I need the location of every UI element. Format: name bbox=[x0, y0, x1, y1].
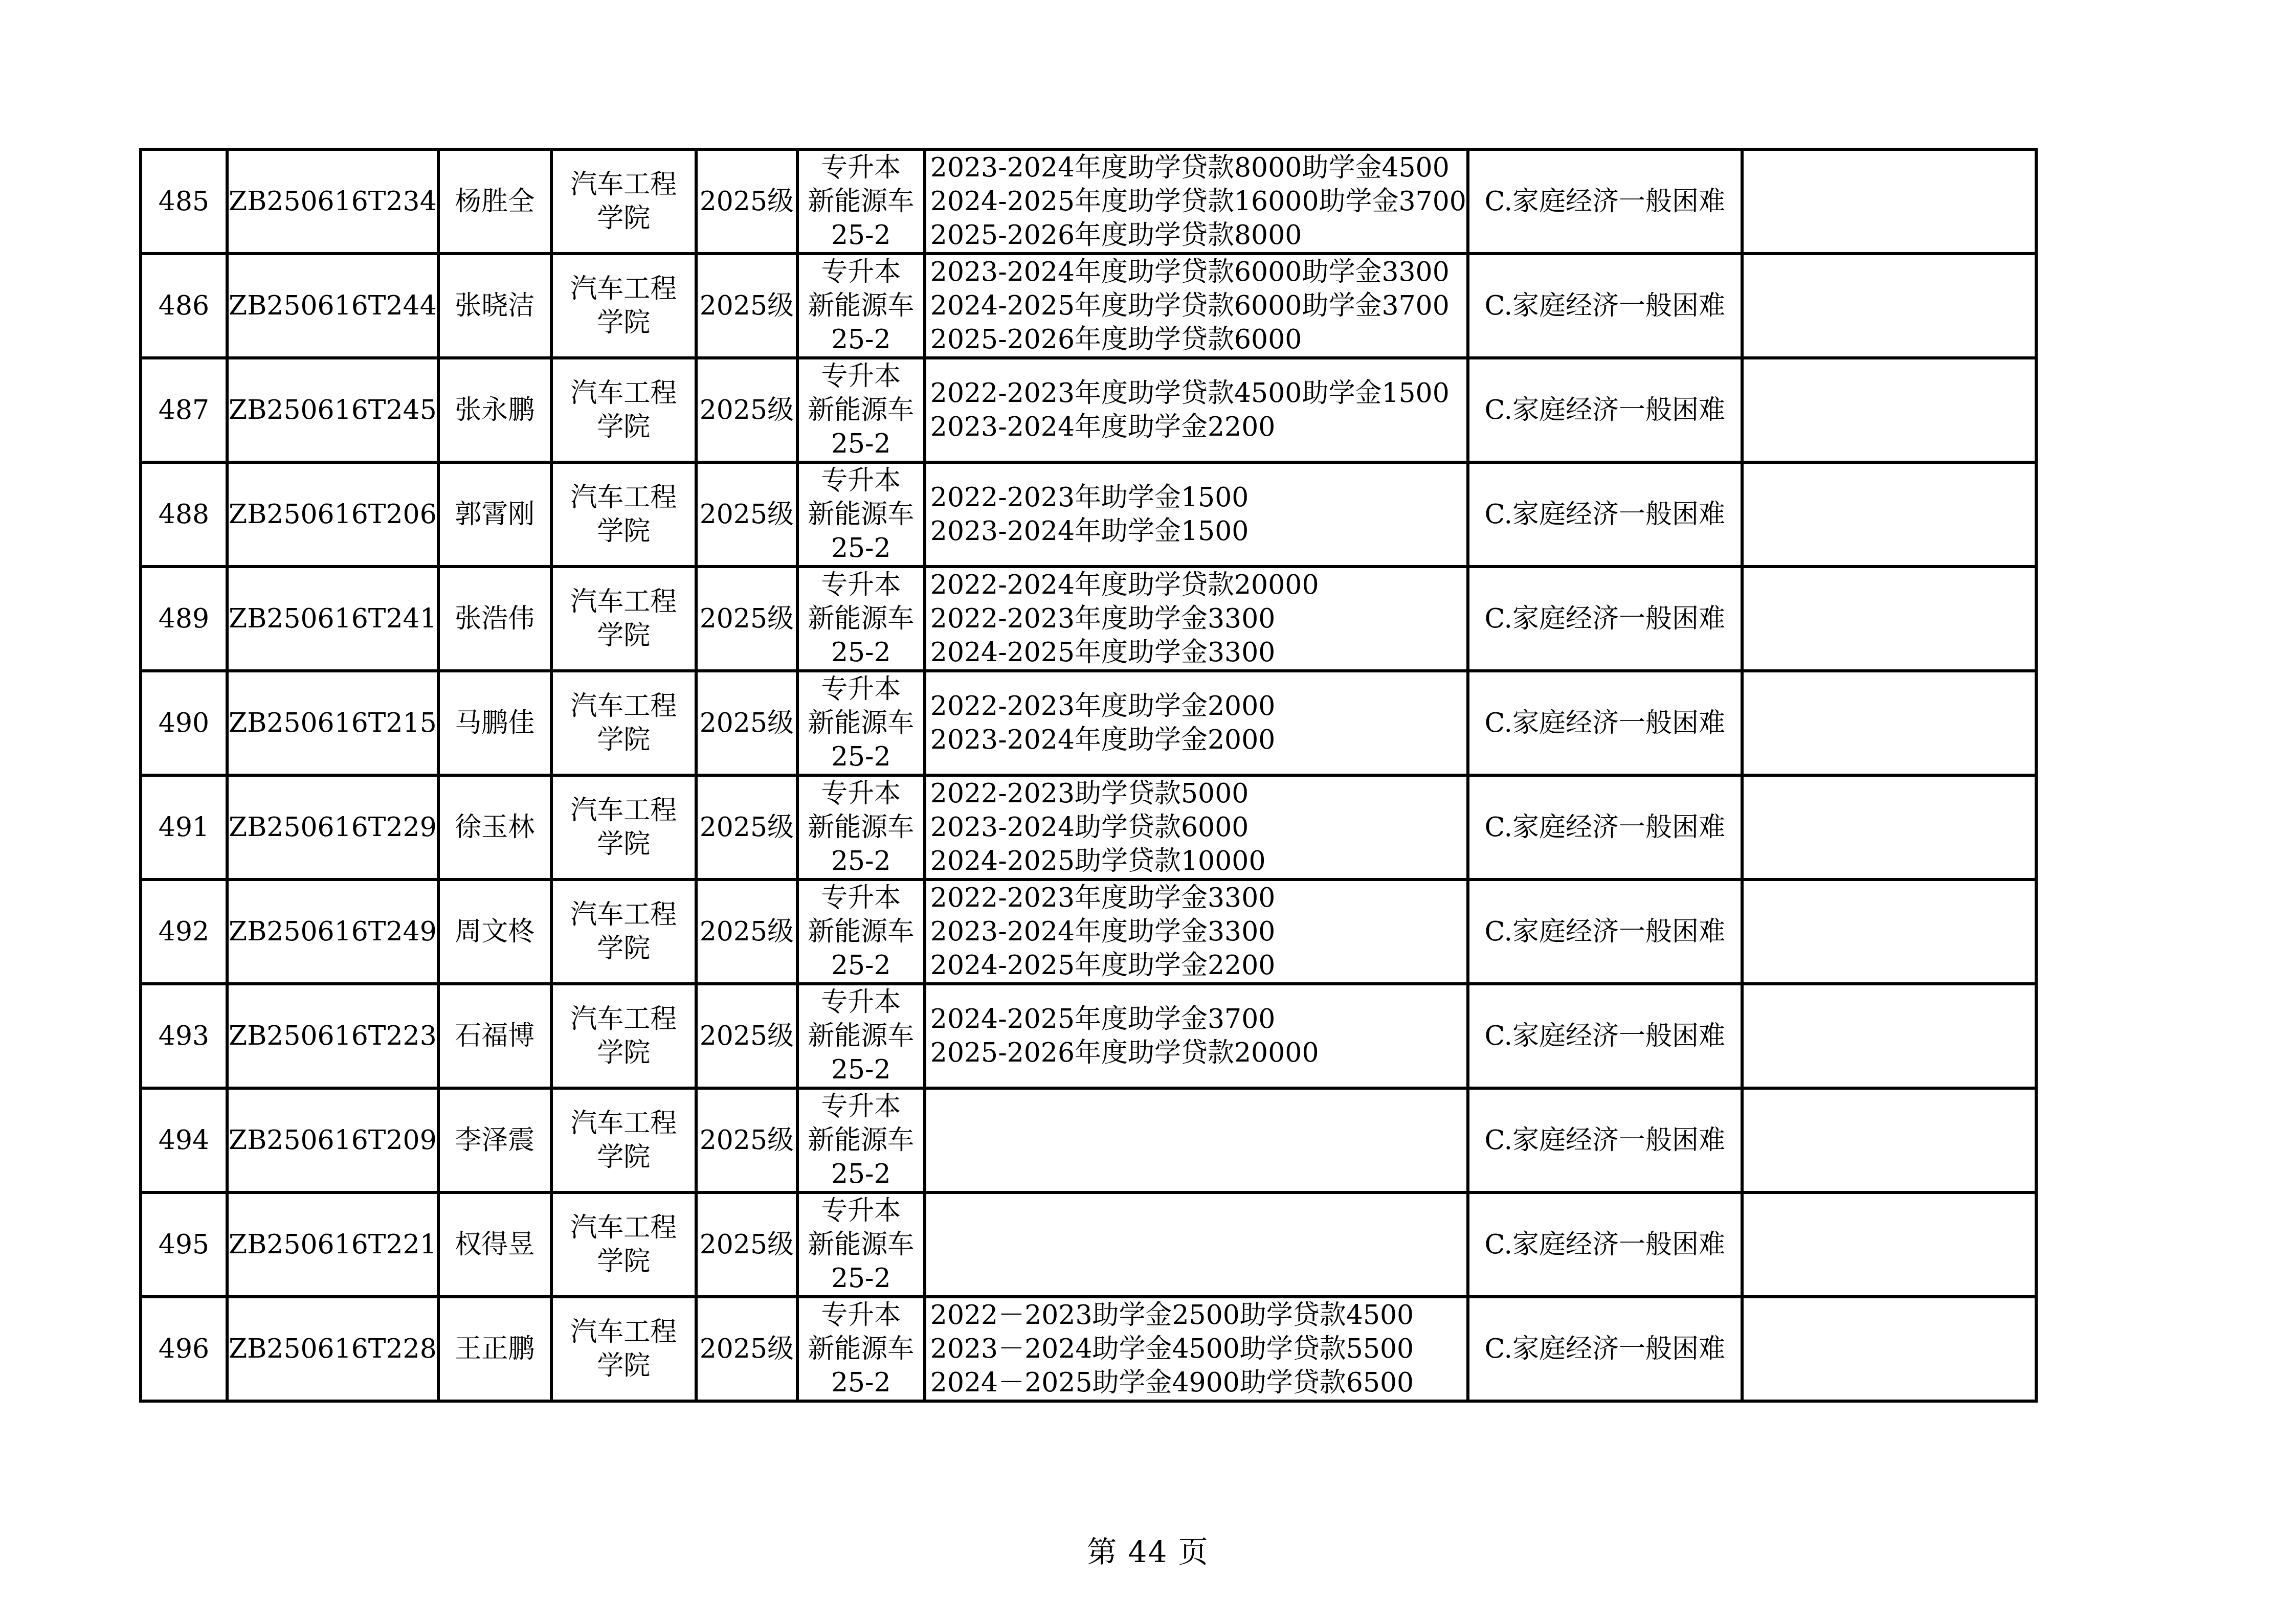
cell-text-no: 485 bbox=[159, 186, 209, 217]
cell-remark bbox=[1742, 358, 2036, 462]
cell-line-college: 汽车工程 bbox=[553, 272, 695, 306]
cell-line-class: 25-2 bbox=[799, 949, 923, 982]
cell-remark bbox=[1742, 880, 2036, 984]
table-row: 489 ZB250616T241 张浩伟 汽车工程学院 2025级 专升本新能源… bbox=[141, 567, 2036, 671]
cell-class: 专升本新能源车25-2 bbox=[797, 984, 925, 1088]
cell-line-aid-history: 2024-2025年度助学贷款16000助学金3700 bbox=[930, 185, 1466, 218]
cell-text-difficulty: C.家庭经济一般困难 bbox=[1485, 708, 1725, 738]
cell-name: 郭霄刚 bbox=[438, 462, 551, 567]
cell-name: 杨胜全 bbox=[438, 149, 551, 254]
cell-line-aid-history: 2022-2024年度助学贷款20000 bbox=[930, 568, 1466, 602]
cell-text-difficulty: C.家庭经济一般困难 bbox=[1485, 290, 1725, 321]
cell-student-id: ZB250616T228 bbox=[227, 1297, 438, 1401]
cell-text-grade: 2025级 bbox=[700, 186, 794, 217]
table-row: 486 ZB250616T244 张晓洁 汽车工程学院 2025级 专升本新能源… bbox=[141, 254, 2036, 358]
cell-line-class: 25-2 bbox=[799, 1157, 923, 1191]
cell-text-grade: 2025级 bbox=[700, 916, 794, 947]
cell-line-aid-history: 2022-2023年助学金1500 bbox=[930, 481, 1466, 514]
cell-line-class: 新能源车 bbox=[799, 602, 923, 636]
cell-grade: 2025级 bbox=[696, 775, 797, 880]
cell-difficulty: C.家庭经济一般困难 bbox=[1468, 984, 1742, 1088]
cell-text-no: 494 bbox=[159, 1125, 209, 1156]
cell-text-difficulty: C.家庭经济一般困难 bbox=[1485, 1125, 1725, 1156]
cell-text-no: 496 bbox=[159, 1334, 209, 1364]
cell-line-class: 新能源车 bbox=[799, 1228, 923, 1261]
cell-remark bbox=[1742, 567, 2036, 671]
cell-text-no: 488 bbox=[159, 499, 209, 530]
cell-text-difficulty: C.家庭经济一般困难 bbox=[1485, 603, 1725, 634]
cell-line-aid-history: 2022－2023助学金2500助学贷款4500 bbox=[930, 1298, 1466, 1332]
cell-remark bbox=[1742, 671, 2036, 775]
cell-no: 496 bbox=[141, 1297, 227, 1401]
cell-line-aid-history: 2023-2024年度助学金3300 bbox=[930, 915, 1466, 949]
cell-aid-history: 2022-2023年度助学贷款4500助学金15002023-2024年度助学金… bbox=[925, 358, 1468, 462]
cell-aid-history: 2022-2023年度助学金20002023-2024年度助学金2000 bbox=[925, 671, 1468, 775]
cell-line-class: 新能源车 bbox=[799, 185, 923, 218]
page-number: 第 44 页 bbox=[0, 1528, 2296, 1571]
cell-remark bbox=[1742, 775, 2036, 880]
cell-text-id: ZB250616T244 bbox=[229, 290, 437, 321]
cell-line-class: 25-2 bbox=[799, 1261, 923, 1295]
cell-line-college: 学院 bbox=[553, 1036, 695, 1070]
cell-text-id: ZB250616T234 bbox=[229, 186, 437, 217]
cell-college: 汽车工程学院 bbox=[551, 1192, 696, 1297]
cell-line-college: 汽车工程 bbox=[553, 689, 695, 723]
cell-aid-history: 2022-2023年助学金15002023-2024年助学金1500 bbox=[925, 462, 1468, 567]
cell-text-grade: 2025级 bbox=[700, 1229, 794, 1260]
cell-line-college: 汽车工程 bbox=[553, 585, 695, 619]
cell-line-aid-history: 2022-2023助学贷款5000 bbox=[930, 777, 1466, 810]
cell-grade: 2025级 bbox=[696, 462, 797, 567]
cell-line-college: 学院 bbox=[553, 306, 695, 340]
cell-no: 488 bbox=[141, 462, 227, 567]
cell-name: 张永鹏 bbox=[438, 358, 551, 462]
cell-line-aid-history: 2022-2023年度助学贷款4500助学金1500 bbox=[930, 376, 1466, 410]
cell-college: 汽车工程学院 bbox=[551, 984, 696, 1088]
cell-text-difficulty: C.家庭经济一般困难 bbox=[1485, 1229, 1725, 1260]
cell-name: 王正鹏 bbox=[438, 1297, 551, 1401]
cell-class: 专升本新能源车25-2 bbox=[797, 671, 925, 775]
cell-line-college: 汽车工程 bbox=[553, 376, 695, 410]
cell-line-class: 专升本 bbox=[799, 568, 923, 602]
cell-grade: 2025级 bbox=[696, 1297, 797, 1401]
student-aid-table: 485 ZB250616T234 杨胜全 汽车工程学院 2025级 专升本新能源… bbox=[139, 148, 2038, 1403]
cell-text-id: ZB250616T215 bbox=[229, 708, 437, 738]
cell-line-class: 25-2 bbox=[799, 218, 923, 252]
cell-grade: 2025级 bbox=[696, 671, 797, 775]
cell-college: 汽车工程学院 bbox=[551, 671, 696, 775]
cell-line-aid-history: 2024-2025年度助学金2200 bbox=[930, 949, 1466, 982]
cell-student-id: ZB250616T241 bbox=[227, 567, 438, 671]
cell-aid-history: 2023-2024年度助学贷款8000助学金45002024-2025年度助学贷… bbox=[925, 149, 1468, 254]
cell-text-no: 491 bbox=[159, 812, 209, 843]
cell-no: 494 bbox=[141, 1088, 227, 1192]
cell-name: 周文柊 bbox=[438, 880, 551, 984]
cell-college: 汽车工程学院 bbox=[551, 149, 696, 254]
table-row: 494 ZB250616T209 李泽震 汽车工程学院 2025级 专升本新能源… bbox=[141, 1088, 2036, 1192]
cell-aid-history: 2022-2024年度助学贷款200002022-2023年度助学金330020… bbox=[925, 567, 1468, 671]
cell-difficulty: C.家庭经济一般困难 bbox=[1468, 1192, 1742, 1297]
cell-college: 汽车工程学院 bbox=[551, 775, 696, 880]
cell-text-name: 周文柊 bbox=[455, 916, 534, 947]
cell-class: 专升本新能源车25-2 bbox=[797, 775, 925, 880]
cell-name: 石福博 bbox=[438, 984, 551, 1088]
cell-text-id: ZB250616T221 bbox=[229, 1229, 437, 1260]
cell-class: 专升本新能源车25-2 bbox=[797, 1297, 925, 1401]
cell-no: 487 bbox=[141, 358, 227, 462]
cell-difficulty: C.家庭经济一般困难 bbox=[1468, 149, 1742, 254]
cell-college: 汽车工程学院 bbox=[551, 358, 696, 462]
cell-name: 权得昱 bbox=[438, 1192, 551, 1297]
cell-difficulty: C.家庭经济一般困难 bbox=[1468, 671, 1742, 775]
cell-college: 汽车工程学院 bbox=[551, 1088, 696, 1192]
cell-aid-history: 2023-2024年度助学贷款6000助学金33002024-2025年度助学贷… bbox=[925, 254, 1468, 358]
cell-text-difficulty: C.家庭经济一般困难 bbox=[1485, 1021, 1725, 1051]
cell-text-no: 495 bbox=[159, 1229, 209, 1260]
cell-line-class: 新能源车 bbox=[799, 1332, 923, 1366]
cell-line-class: 新能源车 bbox=[799, 915, 923, 949]
cell-class: 专升本新能源车25-2 bbox=[797, 149, 925, 254]
table-row: 495 ZB250616T221 权得昱 汽车工程学院 2025级 专升本新能源… bbox=[141, 1192, 2036, 1297]
cell-student-id: ZB250616T223 bbox=[227, 984, 438, 1088]
cell-no: 492 bbox=[141, 880, 227, 984]
cell-text-difficulty: C.家庭经济一般困难 bbox=[1485, 395, 1725, 425]
cell-remark bbox=[1742, 984, 2036, 1088]
cell-text-grade: 2025级 bbox=[700, 1125, 794, 1156]
cell-student-id: ZB250616T244 bbox=[227, 254, 438, 358]
cell-line-college: 学院 bbox=[553, 827, 695, 861]
cell-line-college: 学院 bbox=[553, 514, 695, 548]
cell-college: 汽车工程学院 bbox=[551, 254, 696, 358]
cell-line-class: 25-2 bbox=[799, 636, 923, 669]
cell-text-no: 489 bbox=[159, 603, 209, 634]
cell-grade: 2025级 bbox=[696, 1088, 797, 1192]
cell-grade: 2025级 bbox=[696, 149, 797, 254]
cell-remark bbox=[1742, 254, 2036, 358]
cell-line-aid-history: 2023-2024年助学金1500 bbox=[930, 514, 1466, 548]
cell-text-name: 张永鹏 bbox=[455, 395, 534, 425]
cell-class: 专升本新能源车25-2 bbox=[797, 1192, 925, 1297]
cell-remark bbox=[1742, 1297, 2036, 1401]
cell-text-id: ZB250616T245 bbox=[229, 395, 437, 425]
cell-line-class: 新能源车 bbox=[799, 289, 923, 323]
cell-line-aid-history: 2023－2024助学金4500助学贷款5500 bbox=[930, 1332, 1466, 1366]
cell-line-class: 专升本 bbox=[799, 881, 923, 915]
cell-aid-history: 2022-2023助学贷款50002023-2024助学贷款60002024-2… bbox=[925, 775, 1468, 880]
cell-text-grade: 2025级 bbox=[700, 603, 794, 634]
cell-no: 495 bbox=[141, 1192, 227, 1297]
cell-line-aid-history: 2023-2024年度助学贷款8000助学金4500 bbox=[930, 151, 1466, 185]
cell-remark bbox=[1742, 462, 2036, 567]
cell-line-class: 25-2 bbox=[799, 1053, 923, 1087]
cell-line-college: 汽车工程 bbox=[553, 1315, 695, 1349]
cell-line-aid-history: 2025-2026年度助学贷款20000 bbox=[930, 1036, 1466, 1070]
cell-line-college: 汽车工程 bbox=[553, 898, 695, 932]
cell-text-grade: 2025级 bbox=[700, 499, 794, 530]
cell-text-id: ZB250616T209 bbox=[229, 1125, 437, 1156]
cell-line-class: 新能源车 bbox=[799, 1019, 923, 1053]
cell-text-difficulty: C.家庭经济一般困难 bbox=[1485, 499, 1725, 530]
table-row: 488 ZB250616T206 郭霄刚 汽车工程学院 2025级 专升本新能源… bbox=[141, 462, 2036, 567]
cell-college: 汽车工程学院 bbox=[551, 567, 696, 671]
cell-aid-history: 2022-2023年度助学金33002023-2024年度助学金33002024… bbox=[925, 880, 1468, 984]
cell-line-class: 新能源车 bbox=[799, 393, 923, 427]
cell-line-class: 25-2 bbox=[799, 323, 923, 356]
cell-text-grade: 2025级 bbox=[700, 708, 794, 738]
cell-class: 专升本新能源车25-2 bbox=[797, 1088, 925, 1192]
cell-remark bbox=[1742, 149, 2036, 254]
cell-line-aid-history: 2023-2024助学贷款6000 bbox=[930, 810, 1466, 844]
cell-text-name: 李泽震 bbox=[455, 1125, 534, 1156]
cell-name: 马鹏佳 bbox=[438, 671, 551, 775]
cell-line-college: 学院 bbox=[553, 1245, 695, 1278]
table-row: 485 ZB250616T234 杨胜全 汽车工程学院 2025级 专升本新能源… bbox=[141, 149, 2036, 254]
table-row: 492 ZB250616T249 周文柊 汽车工程学院 2025级 专升本新能源… bbox=[141, 880, 2036, 984]
cell-no: 486 bbox=[141, 254, 227, 358]
cell-line-college: 汽车工程 bbox=[553, 794, 695, 827]
cell-name: 徐玉林 bbox=[438, 775, 551, 880]
cell-text-name: 张浩伟 bbox=[455, 603, 534, 634]
cell-grade: 2025级 bbox=[696, 567, 797, 671]
cell-text-id: ZB250616T223 bbox=[229, 1021, 437, 1051]
cell-line-aid-history: 2024-2025年度助学贷款6000助学金3700 bbox=[930, 289, 1466, 323]
cell-student-id: ZB250616T229 bbox=[227, 775, 438, 880]
cell-line-college: 学院 bbox=[553, 932, 695, 965]
cell-line-college: 汽车工程 bbox=[553, 481, 695, 514]
cell-student-id: ZB250616T215 bbox=[227, 671, 438, 775]
cell-name: 李泽震 bbox=[438, 1088, 551, 1192]
cell-line-aid-history: 2023-2024年度助学金2000 bbox=[930, 723, 1466, 757]
cell-line-aid-history: 2023-2024年度助学金2200 bbox=[930, 410, 1466, 444]
cell-grade: 2025级 bbox=[696, 984, 797, 1088]
cell-difficulty: C.家庭经济一般困难 bbox=[1468, 880, 1742, 984]
cell-line-aid-history: 2025-2026年度助学贷款8000 bbox=[930, 218, 1466, 252]
cell-line-college: 汽车工程 bbox=[553, 1211, 695, 1245]
cell-line-class: 25-2 bbox=[799, 1366, 923, 1400]
cell-line-class: 专升本 bbox=[799, 359, 923, 393]
cell-grade: 2025级 bbox=[696, 1192, 797, 1297]
cell-line-class: 专升本 bbox=[799, 1298, 923, 1332]
cell-line-class: 专升本 bbox=[799, 672, 923, 706]
cell-line-aid-history: 2022-2023年度助学金3300 bbox=[930, 602, 1466, 636]
cell-line-class: 专升本 bbox=[799, 255, 923, 289]
cell-text-grade: 2025级 bbox=[700, 812, 794, 843]
cell-aid-history bbox=[925, 1192, 1468, 1297]
cell-difficulty: C.家庭经济一般困难 bbox=[1468, 567, 1742, 671]
cell-class: 专升本新能源车25-2 bbox=[797, 254, 925, 358]
cell-text-name: 权得昱 bbox=[455, 1229, 534, 1260]
cell-class: 专升本新能源车25-2 bbox=[797, 880, 925, 984]
cell-line-class: 专升本 bbox=[799, 777, 923, 810]
table-row: 491 ZB250616T229 徐玉林 汽车工程学院 2025级 专升本新能源… bbox=[141, 775, 2036, 880]
cell-text-no: 493 bbox=[159, 1021, 209, 1051]
cell-difficulty: C.家庭经济一般困难 bbox=[1468, 1297, 1742, 1401]
cell-student-id: ZB250616T249 bbox=[227, 880, 438, 984]
cell-no: 485 bbox=[141, 149, 227, 254]
cell-line-class: 新能源车 bbox=[799, 810, 923, 844]
cell-line-class: 新能源车 bbox=[799, 498, 923, 531]
cell-text-name: 马鹏佳 bbox=[455, 708, 534, 738]
cell-student-id: ZB250616T245 bbox=[227, 358, 438, 462]
cell-text-name: 杨胜全 bbox=[455, 186, 534, 217]
cell-grade: 2025级 bbox=[696, 254, 797, 358]
table-row: 496 ZB250616T228 王正鹏 汽车工程学院 2025级 专升本新能源… bbox=[141, 1297, 2036, 1401]
cell-text-no: 492 bbox=[159, 916, 209, 947]
cell-line-college: 学院 bbox=[553, 201, 695, 235]
cell-text-grade: 2025级 bbox=[700, 290, 794, 321]
cell-line-college: 汽车工程 bbox=[553, 1002, 695, 1036]
cell-college: 汽车工程学院 bbox=[551, 462, 696, 567]
cell-remark bbox=[1742, 1192, 2036, 1297]
cell-line-college: 学院 bbox=[553, 1140, 695, 1174]
cell-text-name: 王正鹏 bbox=[455, 1334, 534, 1364]
cell-text-no: 490 bbox=[159, 708, 209, 738]
cell-text-difficulty: C.家庭经济一般困难 bbox=[1485, 812, 1725, 843]
cell-aid-history: 2024-2025年度助学金37002025-2026年度助学贷款20000 bbox=[925, 984, 1468, 1088]
cell-line-class: 25-2 bbox=[799, 844, 923, 878]
cell-line-aid-history: 2025-2026年度助学贷款6000 bbox=[930, 323, 1466, 356]
cell-line-class: 25-2 bbox=[799, 531, 923, 565]
cell-text-id: ZB250616T228 bbox=[229, 1334, 437, 1364]
cell-difficulty: C.家庭经济一般困难 bbox=[1468, 358, 1742, 462]
cell-line-college: 学院 bbox=[553, 410, 695, 444]
cell-text-id: ZB250616T241 bbox=[229, 603, 437, 634]
cell-text-id: ZB250616T249 bbox=[229, 916, 437, 947]
cell-college: 汽车工程学院 bbox=[551, 1297, 696, 1401]
cell-class: 专升本新能源车25-2 bbox=[797, 462, 925, 567]
cell-line-class: 25-2 bbox=[799, 427, 923, 461]
cell-text-grade: 2025级 bbox=[700, 1334, 794, 1364]
cell-text-name: 张晓洁 bbox=[455, 290, 534, 321]
cell-text-name: 石福博 bbox=[455, 1021, 534, 1051]
cell-no: 493 bbox=[141, 984, 227, 1088]
cell-text-name: 郭霄刚 bbox=[455, 499, 534, 530]
table-row: 490 ZB250616T215 马鹏佳 汽车工程学院 2025级 专升本新能源… bbox=[141, 671, 2036, 775]
cell-no: 490 bbox=[141, 671, 227, 775]
cell-text-id: ZB250616T206 bbox=[229, 499, 437, 530]
cell-text-difficulty: C.家庭经济一般困难 bbox=[1485, 916, 1725, 947]
cell-line-class: 专升本 bbox=[799, 464, 923, 498]
cell-grade: 2025级 bbox=[696, 358, 797, 462]
cell-line-class: 专升本 bbox=[799, 151, 923, 185]
cell-text-name: 徐玉林 bbox=[455, 812, 534, 843]
cell-line-college: 学院 bbox=[553, 619, 695, 652]
cell-line-aid-history: 2022-2023年度助学金3300 bbox=[930, 881, 1466, 915]
cell-line-college: 汽车工程 bbox=[553, 168, 695, 201]
cell-student-id: ZB250616T206 bbox=[227, 462, 438, 567]
cell-line-class: 新能源车 bbox=[799, 706, 923, 740]
cell-text-no: 486 bbox=[159, 290, 209, 321]
cell-line-aid-history: 2024-2025助学贷款10000 bbox=[930, 844, 1466, 878]
cell-class: 专升本新能源车25-2 bbox=[797, 567, 925, 671]
table-body: 485 ZB250616T234 杨胜全 汽车工程学院 2025级 专升本新能源… bbox=[141, 149, 2036, 1401]
cell-class: 专升本新能源车25-2 bbox=[797, 358, 925, 462]
cell-line-college: 学院 bbox=[553, 723, 695, 757]
cell-remark bbox=[1742, 1088, 2036, 1192]
cell-aid-history: 2022－2023助学金2500助学贷款45002023－2024助学金4500… bbox=[925, 1297, 1468, 1401]
cell-text-difficulty: C.家庭经济一般困难 bbox=[1485, 1334, 1725, 1364]
cell-line-class: 专升本 bbox=[799, 985, 923, 1019]
cell-student-id: ZB250616T209 bbox=[227, 1088, 438, 1192]
cell-difficulty: C.家庭经济一般困难 bbox=[1468, 1088, 1742, 1192]
cell-difficulty: C.家庭经济一般困难 bbox=[1468, 775, 1742, 880]
cell-line-college: 汽车工程 bbox=[553, 1107, 695, 1140]
cell-difficulty: C.家庭经济一般困难 bbox=[1468, 462, 1742, 567]
cell-text-no: 487 bbox=[159, 395, 209, 425]
cell-name: 张晓洁 bbox=[438, 254, 551, 358]
table-row: 487 ZB250616T245 张永鹏 汽车工程学院 2025级 专升本新能源… bbox=[141, 358, 2036, 462]
cell-text-grade: 2025级 bbox=[700, 1021, 794, 1051]
cell-line-aid-history: 2022-2023年度助学金2000 bbox=[930, 689, 1466, 723]
cell-student-id: ZB250616T234 bbox=[227, 149, 438, 254]
cell-aid-history bbox=[925, 1088, 1468, 1192]
cell-name: 张浩伟 bbox=[438, 567, 551, 671]
cell-text-difficulty: C.家庭经济一般困难 bbox=[1485, 186, 1725, 217]
cell-college: 汽车工程学院 bbox=[551, 880, 696, 984]
cell-line-class: 专升本 bbox=[799, 1194, 923, 1228]
cell-no: 491 bbox=[141, 775, 227, 880]
cell-line-aid-history: 2024-2025年度助学金3700 bbox=[930, 1002, 1466, 1036]
table-row: 493 ZB250616T223 石福博 汽车工程学院 2025级 专升本新能源… bbox=[141, 984, 2036, 1088]
cell-line-college: 学院 bbox=[553, 1349, 695, 1383]
cell-line-class: 专升本 bbox=[799, 1090, 923, 1123]
cell-line-aid-history: 2024-2025年度助学金3300 bbox=[930, 636, 1466, 669]
cell-text-grade: 2025级 bbox=[700, 395, 794, 425]
cell-student-id: ZB250616T221 bbox=[227, 1192, 438, 1297]
cell-line-class: 25-2 bbox=[799, 740, 923, 774]
cell-line-aid-history: 2023-2024年度助学贷款6000助学金3300 bbox=[930, 255, 1466, 289]
cell-no: 489 bbox=[141, 567, 227, 671]
cell-line-class: 新能源车 bbox=[799, 1123, 923, 1157]
cell-text-id: ZB250616T229 bbox=[229, 812, 437, 843]
cell-difficulty: C.家庭经济一般困难 bbox=[1468, 254, 1742, 358]
cell-grade: 2025级 bbox=[696, 880, 797, 984]
cell-line-aid-history: 2024－2025助学金4900助学贷款6500 bbox=[930, 1366, 1466, 1400]
